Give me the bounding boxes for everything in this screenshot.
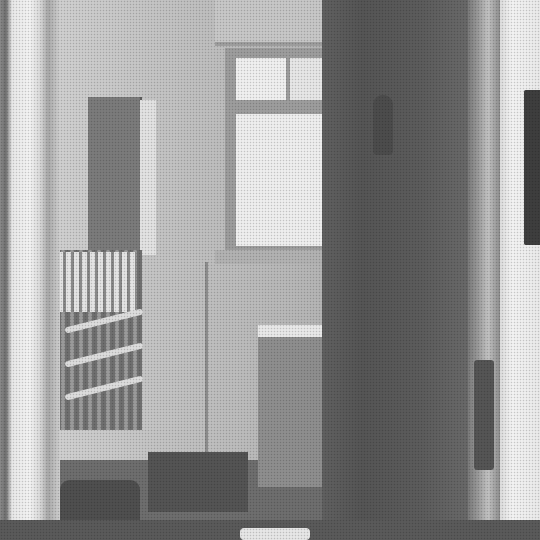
sink-top [258, 325, 324, 337]
wall-cabinet-side [140, 100, 156, 255]
radiator-top-section [58, 252, 136, 312]
window-pane-upper-right [290, 58, 325, 100]
open-door [322, 0, 472, 540]
floor-box [148, 452, 248, 512]
wall-cabinet [88, 97, 142, 255]
right-wall [500, 0, 540, 540]
photo-scene [0, 0, 540, 540]
window-sill [215, 250, 325, 264]
left-door-frame [0, 0, 60, 540]
floor-bundle [60, 480, 140, 520]
wall-plaque [524, 90, 540, 245]
window-pane-upper-left [236, 58, 286, 100]
hanging-lamp [373, 95, 393, 155]
door-hinge [474, 360, 494, 470]
wall-pipe [205, 262, 208, 462]
floor-highlight [240, 528, 310, 540]
window-pane-main [236, 114, 325, 246]
transom-window [215, 0, 325, 46]
sink-cabinet [258, 337, 324, 487]
